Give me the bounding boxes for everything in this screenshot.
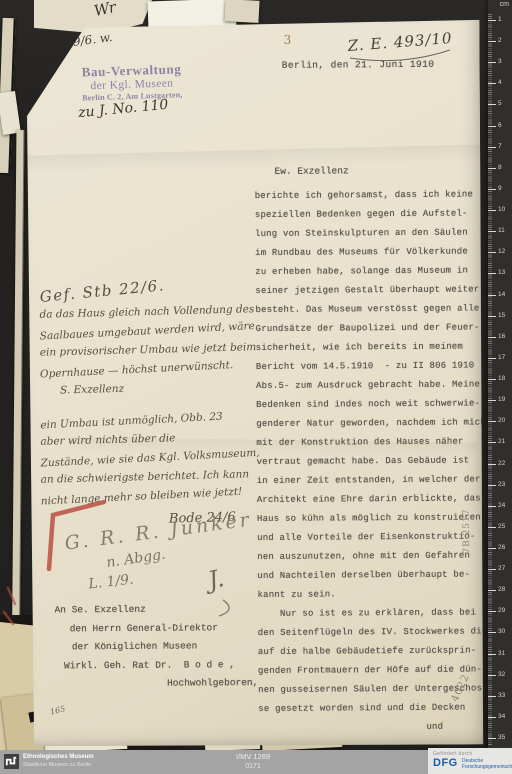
ruler-cm-label: 12 [498,249,510,255]
ruler-cm-label: 27 [498,566,510,572]
ruler-cm-tick [488,464,496,465]
ruler-cm-label: 8 [498,165,510,171]
ruler-cm-tick [488,104,496,105]
address-line: den Herrn General-Direktor [70,618,258,638]
ruler-cm-label: 14 [498,292,510,298]
ruler-cm-tick [488,168,496,169]
ruler-cm-tick [488,295,496,296]
handwritten-marginalia: Gef. Stb 22/6.da das Haus gleich nach Vo… [39,276,281,529]
museum-logo-icon [4,754,19,769]
handwritten-date-note: pr. 29/6. w. [45,30,113,53]
paper-crease [26,144,481,185]
pencil-note: n. Abgg. [105,547,166,572]
ruler-cm-tick [488,421,496,422]
ruler-cm-tick [488,252,496,253]
ruler-cm-label: 4 [498,80,510,86]
ruler-cm-label: 3 [498,59,510,65]
pencil-page-number: 3 [284,33,292,47]
letter-body-line: se gesetzt worden sind und die Decken [258,698,500,719]
ruler-cm-tick [488,632,496,633]
inventory-id: I/MV 1269 0171 [207,752,299,771]
ruler-cm-tick [488,231,496,232]
letter-body-line: berichte ich gehorsamst, dass ich keine [255,185,497,206]
address-line: Wirkl. Geh. Rat Dr. B o d e , [64,655,258,675]
ruler-cm-tick [488,654,496,655]
ruler: cm 1234567891011121314151617181920212223… [488,0,512,752]
letter-body-line: den Seitenflügeln des IV. Stockwerkes di… [258,622,500,643]
letter-body-line: speziellen Bedenken gegen die Aufstel- [255,204,497,225]
letter-body-line: und Nachteilen derselben überhaupt be- [257,565,499,586]
address-block: An Se. Exzellenzden Herrn General-Direkt… [55,600,259,694]
inventory-number: I/MV 1269 [207,752,299,762]
ruler-cm-tick [488,548,496,549]
letter-body-line: genderer Natur geworden, nachdem ich mic… [256,413,498,434]
ruler-cm-label: 16 [498,334,510,340]
ruler-cm-tick [488,717,496,718]
ruler-cm-tick [488,273,496,274]
ruler-cm-label: 35 [498,735,510,741]
ruler-cm-label: 5 [498,101,510,107]
vertical-reference-number: 7B 2517 [462,508,472,553]
ruler-cm-tick [488,83,496,84]
letter-body-line: Grundsätze der Baupolizei und der Feuer- [256,318,498,339]
ruler-cm-label: 23 [498,482,510,488]
ruler-cm-tick [488,20,496,21]
letter-body: berichte ich gehorsamst, dass ich keines… [255,185,501,738]
letter-body-line: vertraut gemacht habe. Das Gebäude ist [256,451,498,472]
ruler-cm-tick [488,62,496,63]
museum-label: Ethnologisches Museum Staatliche Museen … [23,753,94,769]
letter-body-line: mit der Konstruktion des Hauses näher [256,432,498,453]
ruler-cm-tick [488,611,496,612]
address-line: Hochwohlgeboren, [167,674,258,693]
ruler-cm-label: 22 [498,461,510,467]
ruler-cm-tick [488,738,496,739]
letter-body-line: Bericht vom 14.5.1910 - zu II 806 1910 [256,356,498,377]
ruler-cm-label: 30 [498,629,510,635]
letter-body-line: im Rundbau des Museums für Völkerkunde [255,242,497,263]
office-stamp: Bau-Verwaltung der Kgl. Museen Berlin C.… [55,60,208,103]
letter-body-line: Abs.5- zum Ausdruck gebracht habe. Meine [256,375,498,396]
ruler-cm-label: 26 [498,545,510,551]
ruler-cm-label: 9 [498,186,510,192]
ruler-cm-tick [488,485,496,486]
ruler-cm-label: 33 [498,693,510,699]
ruler-cm-tick [488,126,496,127]
ruler-cm-label: 32 [498,672,510,678]
ruler-cm-label: 24 [498,503,510,509]
ruler-cm-label: 34 [498,714,510,720]
ruler-cm-label: 11 [498,228,510,234]
letter-body-line: seiner jetzigen Gestalt überhaupt weiter [255,280,497,301]
scan-page-number: 0171 [207,762,299,771]
ruler-cm-label: 18 [498,376,510,382]
ruler-cm-label: 28 [498,587,510,593]
museum-subtitle: Staatliche Museen zu Berlin [23,761,94,769]
ruler-cm-tick [488,316,496,317]
ruler-cm-tick [488,675,496,676]
letter-body-line: kannt zu sein. [257,584,499,605]
dfg-full-name: Deutsche Forschungsgemeinschaft [462,758,512,770]
ruler-cm-label: 21 [498,439,510,445]
address-line: der Königlichen Museen [72,637,258,657]
letter-body-line: in einer Zeit entstanden, in welcher der [257,470,499,491]
ruler-unit-label: cm [500,1,509,8]
letter-body-line: Nur so ist es zu erklären, dass bei [258,603,500,624]
ruler-cm-label: 13 [498,270,510,276]
ruler-cm-label: 6 [498,123,510,129]
dfg-abbr: DFG [433,757,458,769]
ruler-cm-label: 7 [498,144,510,150]
archival-scan-view: Wr 165 pr. 29/6. w. 3 Z. E. 493/10 Berli… [0,0,512,774]
letter-body-line: Architekt eine Ehre darin erblickte, das [257,489,499,510]
letter-page: pr. 29/6. w. 3 Z. E. 493/10 Berlin, den … [25,18,484,747]
letter-body-line: und [258,717,500,738]
ruler-cm-tick [488,147,496,148]
letter-body-line: zu erheben habe, solange das Museum in [255,261,497,282]
ruler-cm-label: 19 [498,397,510,403]
ruler-cm-label: 29 [498,608,510,614]
footer-caption-bar: Ethnologisches Museum Staatliche Museen … [0,750,512,774]
ruler-cm-label: 2 [498,38,510,44]
letter-body-line: lung von Steinskulpturen an den Säulen [255,223,497,244]
salutation: Ew. Exzellenz [274,165,348,177]
pencil-initial: J. [206,564,227,595]
ruler-cm-tick [488,210,496,211]
letter-body-line: besteht. Das Museum verstösst gegen alle [255,299,497,320]
letter-body-line: sicherheit, wie ich bereits in meinem [256,337,498,358]
letter-body-line: Bedenken sind indes noch weit schwerwie- [256,394,498,415]
address-line: An Se. Exzellenz [55,600,258,620]
letter-body-line: auf die halbe Gebäudetiefe zurücksprin- [258,641,500,662]
handwritten-file-reference: Z. E. 493/10 [347,29,453,55]
ruler-cm-tick [488,696,496,697]
ruler-cm-tick [488,337,496,338]
ruler-cm-tick [488,379,496,380]
ruler-cm-tick [488,400,496,401]
paper-fragment [12,130,25,690]
dfg-logo: Gefördert durch DFG Deutsche Forschungsg… [428,748,512,774]
date-line: Berlin, den 21. Juni 1910 [282,59,435,71]
ruler-cm-tick [488,41,496,42]
dfg-name-line: Forschungsgemeinschaft [462,764,512,770]
ruler-cm-label: 1 [498,17,510,23]
ruler-cm-label: 31 [498,651,510,657]
paper-fragment [224,0,259,23]
museum-title: Ethnologisches Museum [23,753,94,761]
ruler-cm-label: 17 [498,355,510,361]
ruler-cm-tick [488,569,496,570]
ruler-cm-tick [488,590,496,591]
ruler-cm-tick [488,527,496,528]
ruler-cm-label: 25 [498,524,510,530]
ruler-cm-tick [488,442,496,443]
ruler-cm-label: 10 [498,207,510,213]
ruler-cm-label: 20 [498,418,510,424]
ruler-cm-tick [488,506,496,507]
ruler-cm-tick [488,358,496,359]
ruler-cm-tick [488,189,496,190]
pencil-note: L. 1/9. [88,572,135,593]
ruler-cm-label: 15 [498,313,510,319]
paper-fragment [0,91,21,135]
